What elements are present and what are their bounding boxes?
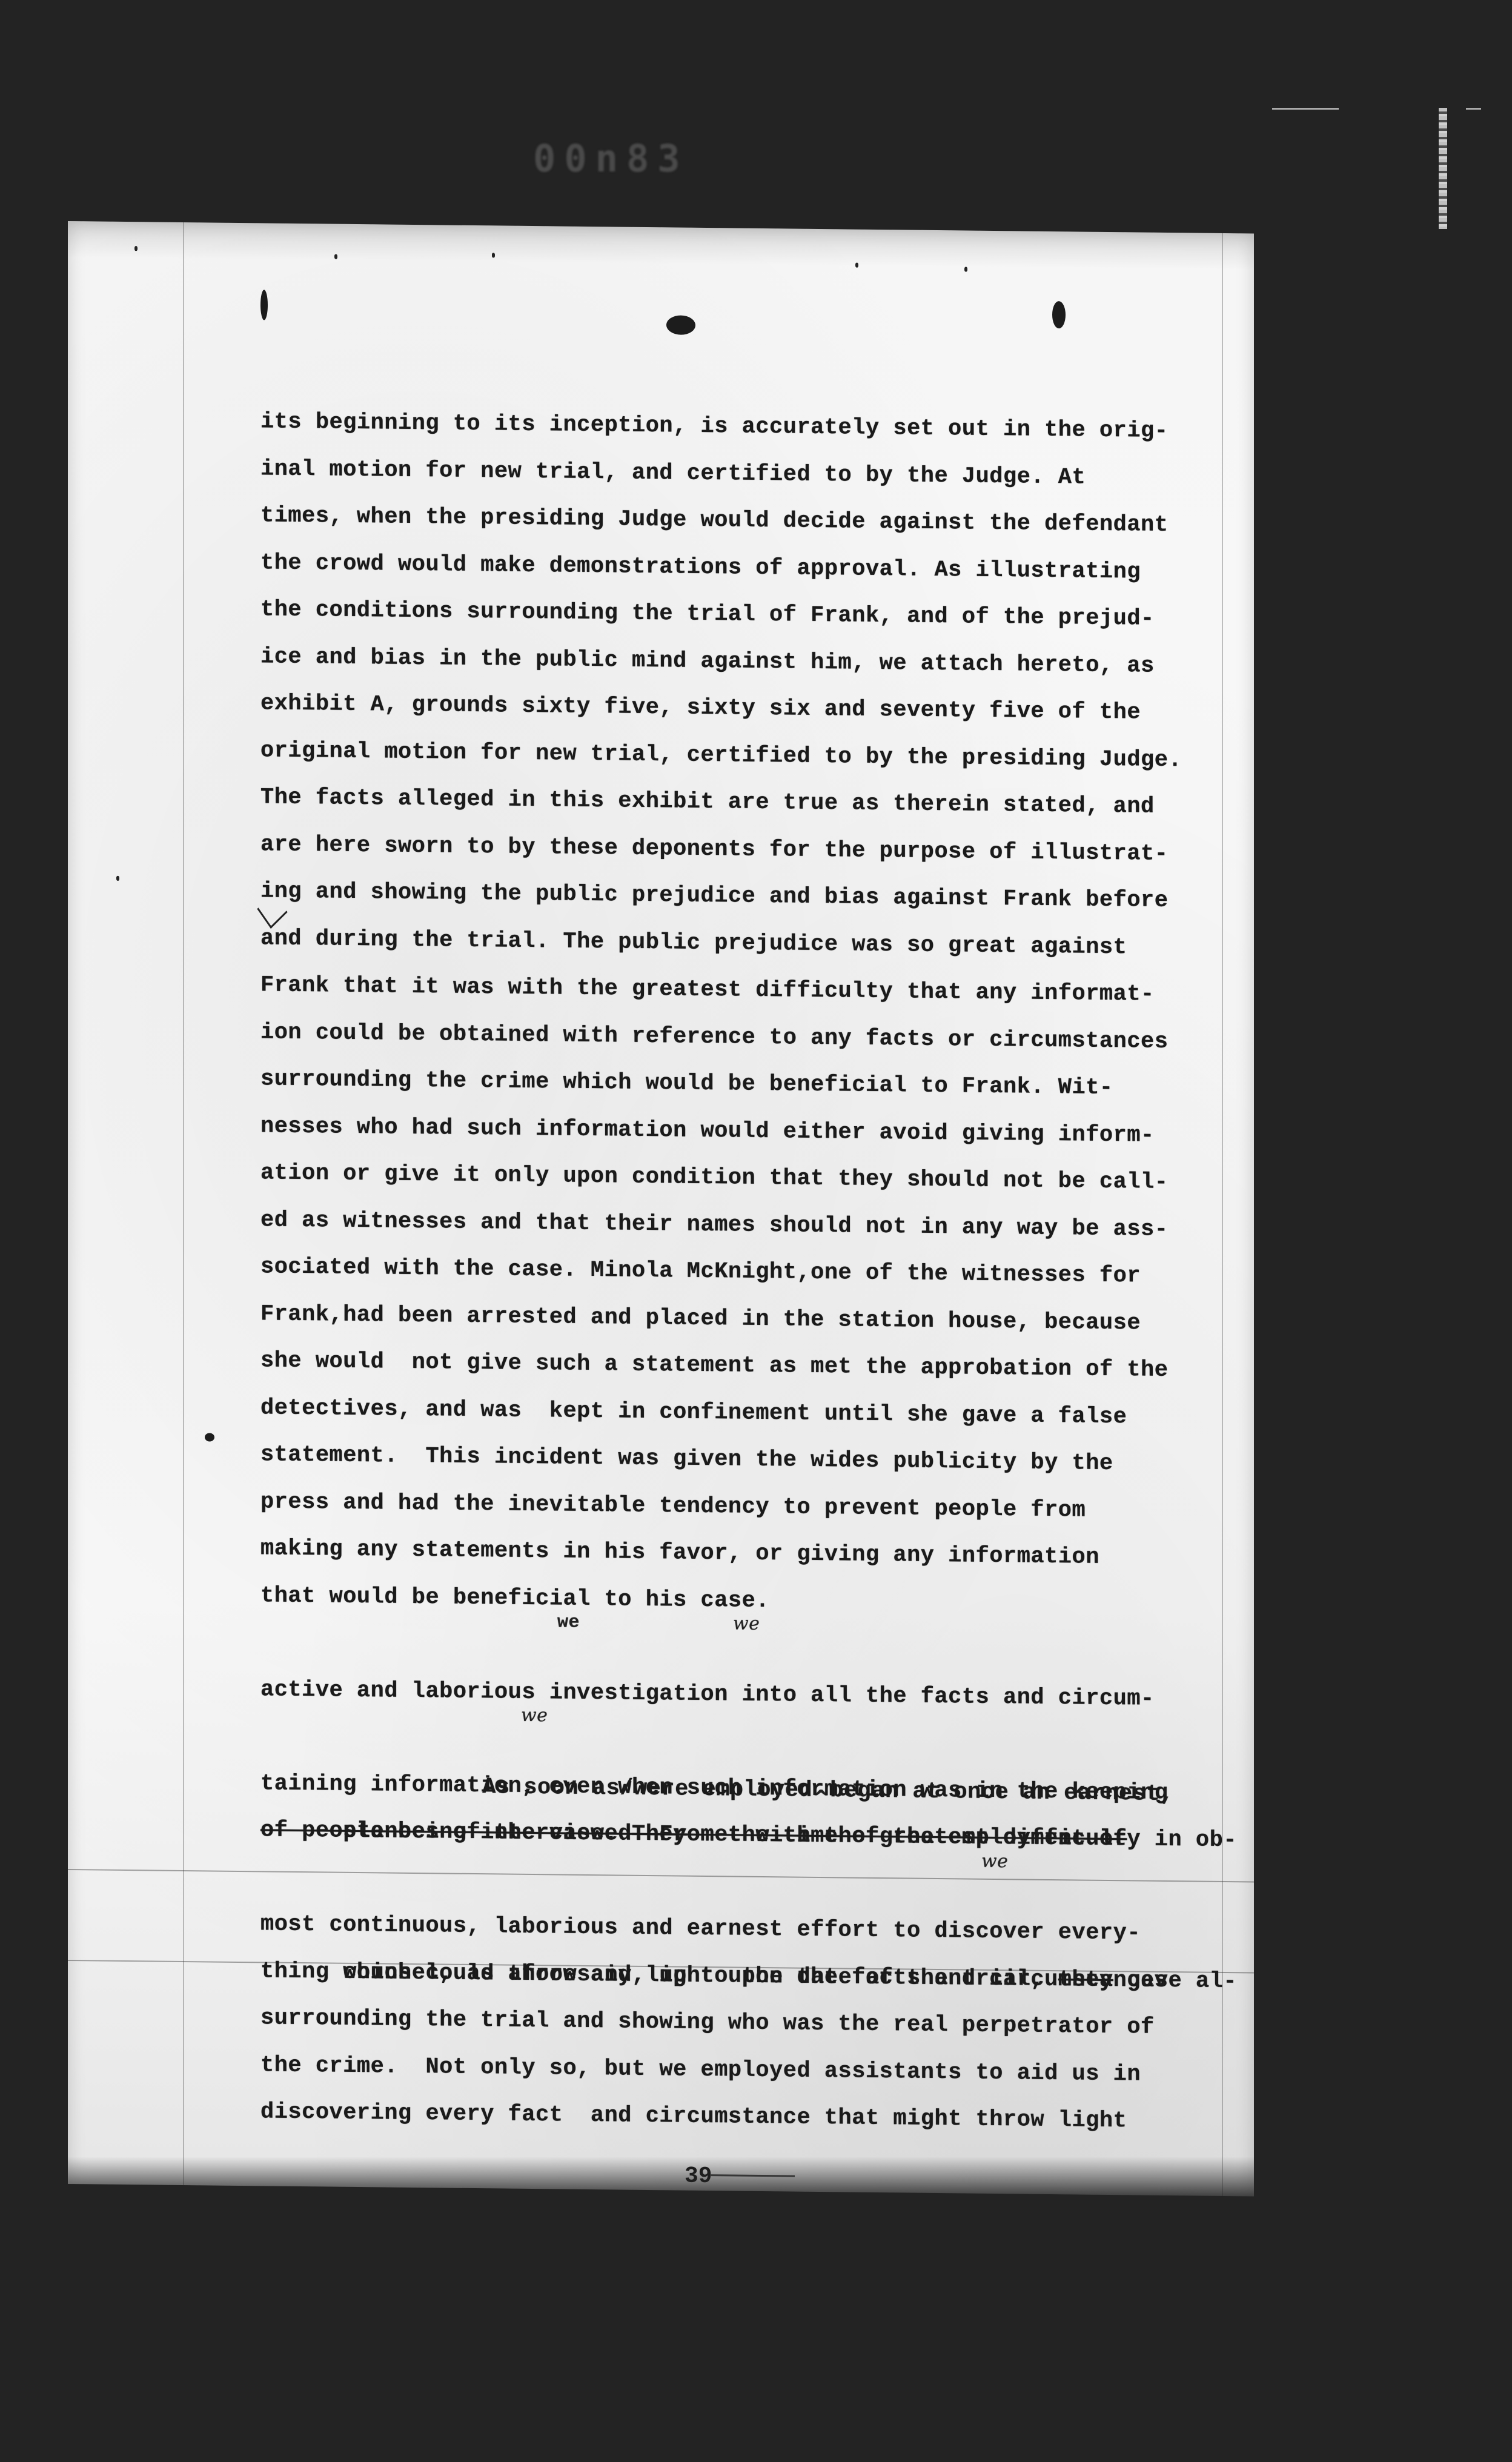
handwritten-insertion: we <box>733 1600 760 1647</box>
film-edge-strip <box>1439 108 1447 229</box>
ink-blot <box>666 315 695 335</box>
typed-insertion: we <box>557 1599 580 1647</box>
speck <box>855 263 858 268</box>
archive-stamp: 00n83 <box>533 136 689 181</box>
page-fold <box>183 222 184 2185</box>
film-edge-mark <box>1272 108 1339 110</box>
page-shadow <box>68 2157 1255 2205</box>
ink-blot <box>260 290 268 320</box>
document-body: its beginning to its inception, is accur… <box>260 399 1218 2146</box>
handwritten-insertion: we <box>981 1837 1008 1885</box>
ink-blot <box>1052 301 1066 328</box>
speck <box>134 246 138 251</box>
text-line: discovering every fact and circumstance … <box>260 2089 1218 2146</box>
handwritten-insertion: we <box>521 1692 548 1739</box>
page-fold <box>1222 233 1223 2196</box>
document-page: its beginning to its inception, is accur… <box>68 221 1254 2197</box>
speck <box>492 253 495 257</box>
ink-blot <box>205 1433 214 1441</box>
speck <box>116 876 119 881</box>
speck <box>334 254 337 259</box>
speck <box>964 267 967 271</box>
film-edge-mark <box>1466 108 1481 110</box>
